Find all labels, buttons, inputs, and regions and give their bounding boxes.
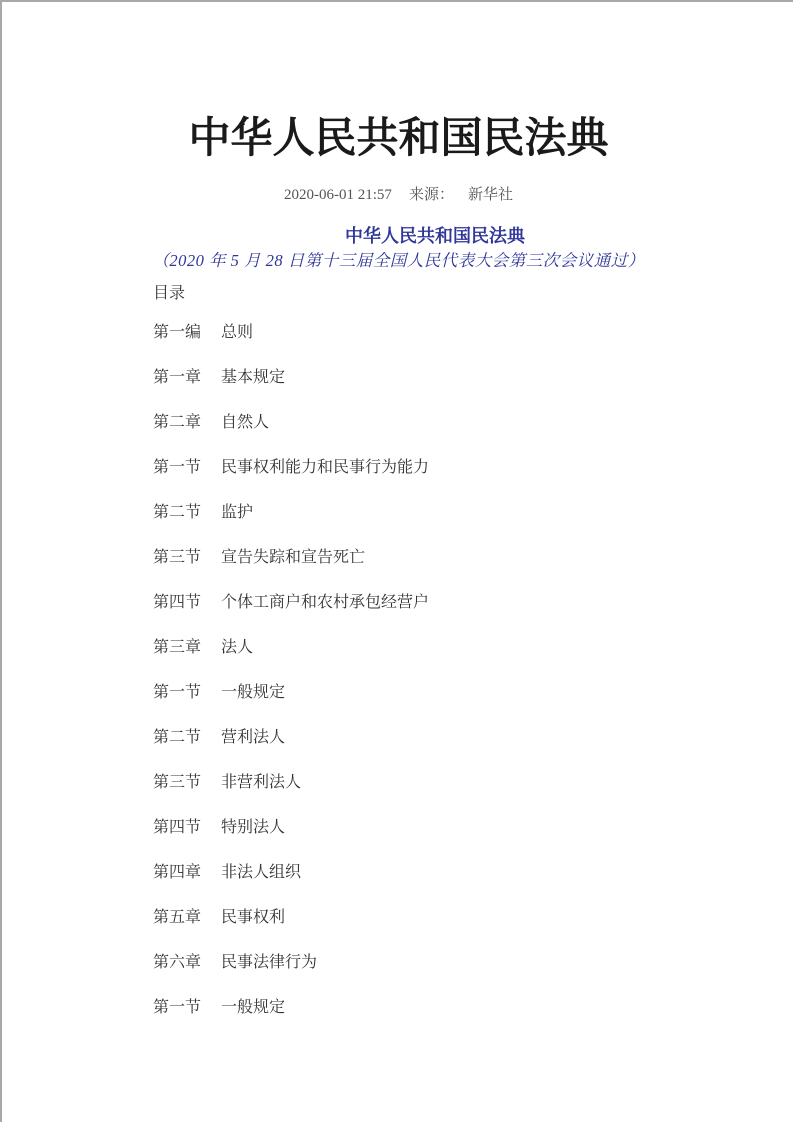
page-title: 中华人民共和国民法典 [2,114,793,162]
toc-entry-label: 第二节 [153,504,201,522]
toc-entry-label: 第四节 [153,594,201,612]
toc-entry-title: 宣告失踪和宣告死亡 [221,549,365,566]
toc-heading: 目录 [153,280,185,303]
toc-entry: 第三节非营利法人 [153,774,753,819]
toc-entry: 第三章法人 [153,639,753,684]
table-of-contents: 第一编总则第一章基本规定第二章自然人第一节民事权利能力和民事行为能力第二节监护第… [153,324,753,1044]
toc-entry: 第四章非法人组织 [153,864,753,909]
toc-entry-title: 非法人组织 [221,864,301,881]
toc-entry-label: 第一节 [153,999,201,1017]
toc-entry: 第四节特别法人 [153,819,753,864]
toc-entry-label: 第一节 [153,459,201,477]
toc-entry-label: 第一章 [153,369,201,387]
toc-entry-title: 监护 [221,504,253,521]
toc-entry-title: 一般规定 [221,684,285,701]
toc-entry-label: 第五章 [153,909,201,927]
toc-entry: 第二节营利法人 [153,729,753,774]
toc-entry: 第三节宣告失踪和宣告死亡 [153,549,753,594]
toc-entry: 第六章民事法律行为 [153,954,753,999]
toc-entry: 第二节监护 [153,504,753,549]
toc-entry: 第一节民事权利能力和民事行为能力 [153,459,753,504]
article-meta: 2020-06-01 21:57来源：新华社 [2,183,793,204]
toc-entry-label: 第四节 [153,819,201,837]
toc-entry-title: 自然人 [221,414,269,431]
toc-entry: 第一编总则 [153,324,753,369]
toc-entry-title: 民事法律行为 [221,954,317,971]
toc-entry-title: 基本规定 [221,369,285,386]
toc-entry-title: 民事权利 [221,909,285,926]
toc-entry-title: 民事权利能力和民事行为能力 [221,459,429,476]
toc-entry-label: 第一节 [153,684,201,702]
toc-entry-title: 个体工商户和农村承包经营户 [221,594,429,611]
toc-entry: 第二章自然人 [153,414,753,459]
toc-entry-title: 法人 [221,639,253,656]
document-subtitle: （2020 年 5 月 28 日第十三届全国人民代表大会第三次会议通过） [2,247,793,271]
source-label: 来源： [409,187,454,203]
toc-entry-title: 一般规定 [221,999,285,1016]
document-page: 中华人民共和国民法典 2020-06-01 21:57来源：新华社 中华人民共和… [0,0,793,1122]
toc-entry-title: 特别法人 [221,819,285,836]
toc-entry-title: 总则 [221,324,253,341]
toc-entry-label: 第一编 [153,324,201,342]
toc-entry-label: 第六章 [153,954,201,972]
toc-entry: 第一节一般规定 [153,684,753,729]
toc-entry: 第四节个体工商户和农村承包经营户 [153,594,753,639]
publish-timestamp: 2020-06-01 21:57 [284,187,392,203]
toc-entry-label: 第二节 [153,729,201,747]
toc-entry-label: 第三节 [153,774,201,792]
toc-entry-label: 第三章 [153,639,201,657]
source-name: 新华社 [468,187,513,203]
toc-entry-title: 营利法人 [221,729,285,746]
toc-entry: 第一章基本规定 [153,369,753,414]
toc-entry-label: 第三节 [153,549,201,567]
toc-entry-label: 第二章 [153,414,201,432]
toc-entry: 第五章民事权利 [153,909,753,954]
toc-entry-title: 非营利法人 [221,774,301,791]
toc-entry: 第一节一般规定 [153,999,753,1044]
toc-entry-label: 第四章 [153,864,201,882]
document-title: 中华人民共和国民法典 [2,222,793,248]
